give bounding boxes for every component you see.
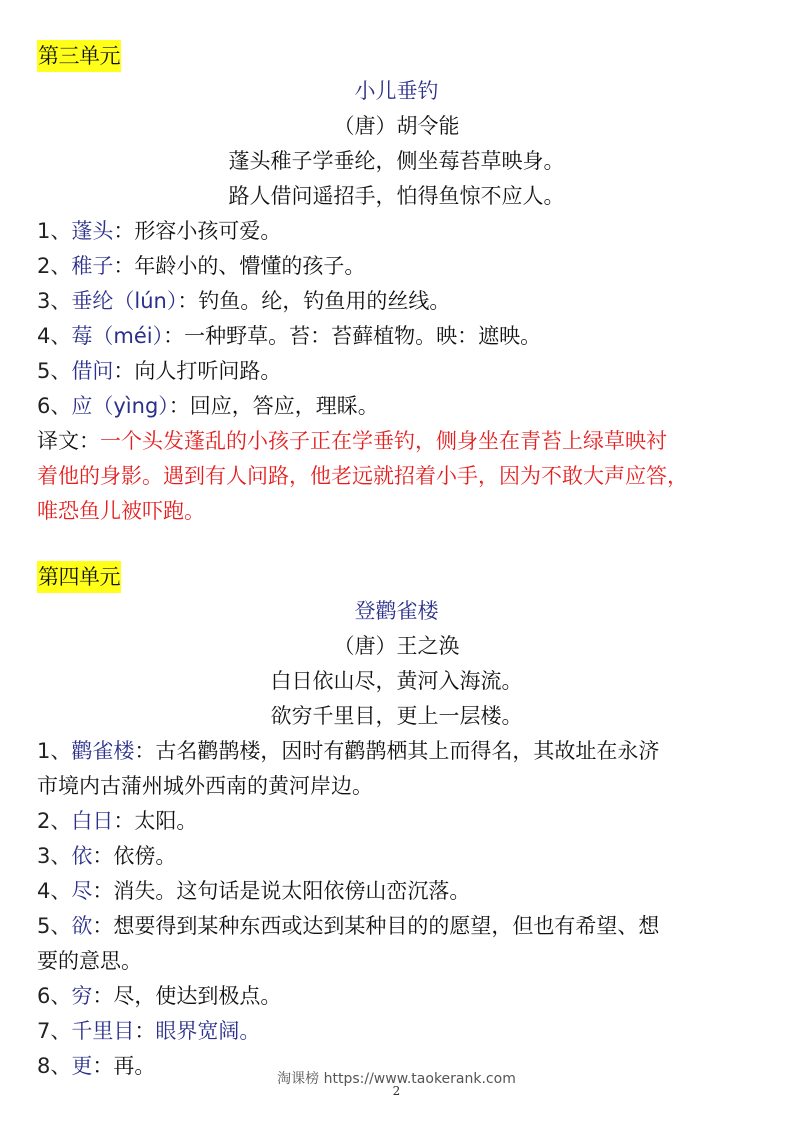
note-number: 1、 (37, 219, 71, 243)
note-number: 5、 (37, 914, 71, 938)
poem-title: 小儿垂钓 (0, 74, 793, 108)
note-item: 6、应（yìng）：回应，答应，理睬。 (37, 389, 762, 423)
note-term: 欲 (71, 914, 92, 938)
note-item: 5、欲：想要得到某种东西或达到某种目的的愿望，但也有希望、想 (37, 909, 762, 943)
note-item: 1、鹳雀楼：古名鹳鹊楼，因时有鹳鹊栖其上而得名，其故址在永济 (37, 734, 762, 768)
poem-title: 登鹳雀楼 (0, 594, 793, 628)
note-term: 稚子 (71, 254, 113, 278)
note-term: 垂纶（lún） (71, 289, 177, 313)
note-term: 穷 (71, 984, 92, 1008)
note-text: 钓鱼。纶，钓鱼用的丝线。 (198, 289, 450, 313)
note-separator: ： (92, 844, 113, 868)
note-term: 千里目 (71, 1019, 134, 1043)
note-number: 6、 (37, 984, 71, 1008)
note-separator: ： (113, 219, 134, 243)
translation-label: 译文： (37, 429, 100, 453)
note-text: 向人打听问路。 (134, 359, 281, 383)
note-separator: ： (113, 254, 134, 278)
poem-verse: 路人借问遥招手，怕得鱼惊不应人。 (0, 179, 793, 213)
note-text: 古名鹳鹊楼，因时有鹳鹊栖其上而得名，其故址在永济 (155, 739, 659, 763)
note-separator: ： (113, 359, 134, 383)
note-number: 2、 (37, 254, 71, 278)
page-number: 2 (0, 1084, 793, 1098)
note-item: 4、尽：消失。这句话是说太阳依傍山峦沉落。 (37, 874, 762, 908)
note-separator: ： (134, 1019, 155, 1043)
note-number: 3、 (37, 844, 71, 868)
unit-4-heading: 第四单元 (37, 561, 121, 593)
note-continuation: 市境内古蒲州城外西南的黄河岸边。 (37, 769, 762, 803)
note-separator: ： (92, 984, 113, 1008)
poem-verse: 蓬头稚子学垂纶，侧坐莓苔草映身。 (0, 144, 793, 178)
note-term: 白日 (71, 809, 113, 833)
document-page: 第三单元 小儿垂钓 （唐）胡令能 蓬头稚子学垂纶，侧坐莓苔草映身。 路人借问遥招… (0, 0, 793, 1122)
note-item: 1、蓬头：形容小孩可爱。 (37, 214, 762, 248)
note-item: 2、稚子：年龄小的、懵懂的孩子。 (37, 249, 762, 283)
translation-line: 译文：一个头发蓬乱的小孩子正在学垂钓，侧身坐在青苔上绿草映衬 (37, 424, 762, 458)
note-item: 2、白日：太阳。 (37, 804, 762, 838)
note-number: 1、 (37, 739, 71, 763)
note-term: 莓（méi） (71, 324, 163, 348)
note-term: 应（yìng） (71, 394, 168, 418)
note-text: 一种野草。苔：苔藓植物。映：遮映。 (184, 324, 541, 348)
note-text: 回应，答应，理睬。 (190, 394, 379, 418)
note-number: 4、 (37, 324, 71, 348)
note-item: 5、借问：向人打听问路。 (37, 354, 762, 388)
poem-verse: 欲穷千里目，更上一层楼。 (0, 699, 793, 733)
note-number: 5、 (37, 359, 71, 383)
note-item: 3、依：依傍。 (37, 839, 762, 873)
note-number: 7、 (37, 1019, 71, 1043)
note-text: 眼界宽阔。 (155, 1019, 260, 1043)
note-number: 2、 (37, 809, 71, 833)
note-number: 4、 (37, 879, 71, 903)
unit-3-heading: 第三单元 (37, 40, 121, 72)
note-term: 借问 (71, 359, 113, 383)
note-text: 消失。这句话是说太阳依傍山峦沉落。 (113, 879, 470, 903)
note-continuation: 要的意思。 (37, 944, 762, 978)
poem-author: （唐）胡令能 (0, 109, 793, 143)
note-separator: ： (177, 289, 198, 313)
note-text: 想要得到某种东西或达到某种目的的愿望，但也有希望、想 (113, 914, 659, 938)
poem-verse: 白日依山尽，黄河入海流。 (0, 664, 793, 698)
note-text: 尽，使达到极点。 (113, 984, 281, 1008)
note-item: 7、千里目：眼界宽阔。 (37, 1014, 762, 1048)
note-term: 蓬头 (71, 219, 113, 243)
note-text: 太阳。 (134, 809, 197, 833)
note-number: 3、 (37, 289, 71, 313)
translation-text: 唯恐鱼儿被吓跑。 (37, 494, 762, 528)
translation-text: 一个头发蓬乱的小孩子正在学垂钓，侧身坐在青苔上绿草映衬 (100, 429, 667, 453)
note-term: 鹳雀楼 (71, 739, 134, 763)
note-term: 依 (71, 844, 92, 868)
note-item: 3、垂纶（lún）：钓鱼。纶，钓鱼用的丝线。 (37, 284, 762, 318)
note-separator: ： (163, 324, 184, 348)
poem-author: （唐）王之涣 (0, 629, 793, 663)
note-separator: ： (169, 394, 190, 418)
note-text: 形容小孩可爱。 (134, 219, 281, 243)
note-item: 6、穷：尽，使达到极点。 (37, 979, 762, 1013)
note-separator: ： (92, 879, 113, 903)
note-text: 依傍。 (113, 844, 176, 868)
note-separator: ： (92, 914, 113, 938)
note-term: 尽 (71, 879, 92, 903)
note-item: 4、莓（méi）：一种野草。苔：苔藓植物。映：遮映。 (37, 319, 762, 353)
note-separator: ： (134, 739, 155, 763)
note-number: 6、 (37, 394, 71, 418)
translation-text: 着他的身影。遇到有人问路，他老远就招着小手，因为不敢大声应答， (37, 459, 762, 493)
note-separator: ： (113, 809, 134, 833)
note-text: 年龄小的、懵懂的孩子。 (134, 254, 365, 278)
